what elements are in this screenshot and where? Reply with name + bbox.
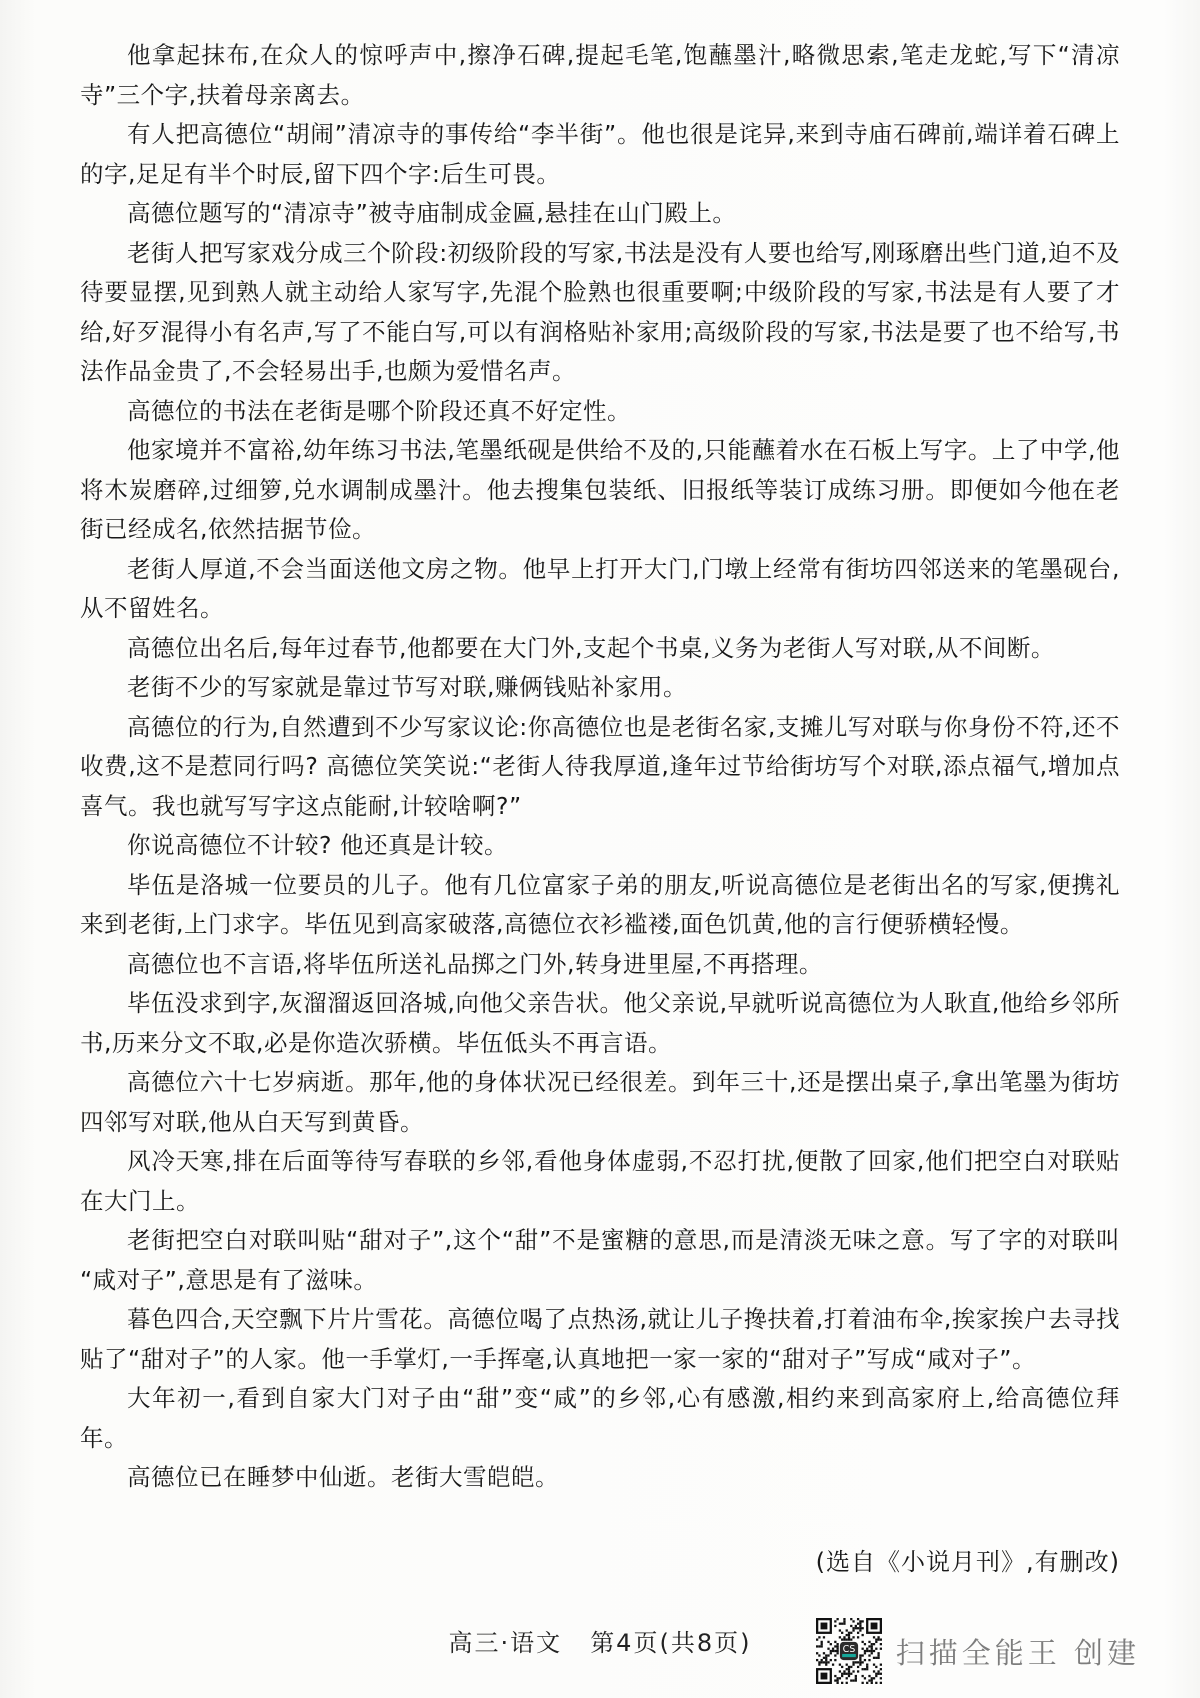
story-paragraph: 你说高德位不计较? 他还真是计较。 xyxy=(80,826,1120,866)
story-paragraph: 老街把空白对联叫贴“甜对子”,这个“甜”不是蜜糖的意思,而是清淡无味之意。写了字… xyxy=(80,1221,1120,1300)
svg-text:CS: CS xyxy=(842,1644,855,1655)
watermark-text: 扫描全能王 创建 xyxy=(896,1631,1140,1672)
story-paragraph: 他家境并不富裕,幼年练习书法,笔墨纸砚是供给不及的,只能蘸着水在石板上写字。上了… xyxy=(80,431,1120,550)
scanned-document-page: 他拿起抹布,在众人的惊呼声中,擦净石碑,提起毛笔,饱蘸墨汁,略微思索,笔走龙蛇,… xyxy=(0,0,1200,1698)
footer-page-number: 第4页(共8页) xyxy=(590,1629,751,1657)
story-paragraph: 风冷天寒,排在后面等待写春联的乡邻,看他身体虚弱,不忍打扰,便散了回家,他们把空… xyxy=(80,1142,1120,1221)
story-paragraph: 高德位的行为,自然遭到不少写家议论:你高德位也是老街名家,支摊儿写对联与你身份不… xyxy=(80,708,1120,827)
story-paragraph: 老街人把写家戏分成三个阶段:初级阶段的写家,书法是没有人要也给写,刚琢磨出些门道… xyxy=(80,234,1120,392)
story-paragraph: 高德位出名后,每年过春节,他都要在大门外,支起个书桌,义务为老街人写对联,从不间… xyxy=(80,629,1120,669)
story-paragraph: 高德位也不言语,将毕伍所送礼品掷之门外,转身进里屋,不再搭理。 xyxy=(80,945,1120,985)
scanner-watermark: CS 扫描全能王 创建 xyxy=(816,1618,1140,1684)
camscanner-logo: CS xyxy=(840,1642,858,1660)
story-paragraph: 高德位已在睡梦中仙逝。老街大雪皑皑。 xyxy=(80,1458,1120,1498)
qr-code-icon: CS xyxy=(816,1618,882,1684)
story-paragraph: 暮色四合,天空飘下片片雪花。高德位喝了点热汤,就让儿子搀扶着,打着油布伞,挨家挨… xyxy=(80,1300,1120,1379)
story-paragraph: 高德位题写的“清凉寺”被寺庙制成金匾,悬挂在山门殿上。 xyxy=(80,194,1120,234)
story-paragraph: 高德位六十七岁病逝。那年,他的身体状况已经很差。到年三十,还是摆出桌子,拿出笔墨… xyxy=(80,1063,1120,1142)
footer-course-label: 高三·语文 xyxy=(449,1629,563,1657)
story-paragraph: 他拿起抹布,在众人的惊呼声中,擦净石碑,提起毛笔,饱蘸墨汁,略微思索,笔走龙蛇,… xyxy=(80,36,1120,115)
source-attribution: (选自《小说月刊》,有删改) xyxy=(80,1542,1120,1577)
story-text-block: 他拿起抹布,在众人的惊呼声中,擦净石碑,提起毛笔,饱蘸墨汁,略微思索,笔走龙蛇,… xyxy=(80,36,1120,1498)
story-paragraph: 高德位的书法在老街是哪个阶段还真不好定性。 xyxy=(80,392,1120,432)
story-paragraph: 毕伍没求到字,灰溜溜返回洛城,向他父亲告状。他父亲说,早就听说高德位为人耿直,他… xyxy=(80,984,1120,1063)
story-paragraph: 大年初一,看到自家大门对子由“甜”变“咸”的乡邻,心有感激,相约来到高家府上,给… xyxy=(80,1379,1120,1458)
story-paragraph: 老街人厚道,不会当面送他文房之物。他早上打开大门,门墩上经常有街坊四邻送来的笔墨… xyxy=(80,550,1120,629)
story-paragraph: 毕伍是洛城一位要员的儿子。他有几位富家子弟的朋友,听说高德位是老街出名的写家,便… xyxy=(80,866,1120,945)
story-paragraph: 老街不少的写家就是靠过节写对联,赚俩钱贴补家用。 xyxy=(80,668,1120,708)
story-paragraph: 有人把高德位“胡闹”清凉寺的事传给“李半街”。他也很是诧异,来到寺庙石碑前,端详… xyxy=(80,115,1120,194)
